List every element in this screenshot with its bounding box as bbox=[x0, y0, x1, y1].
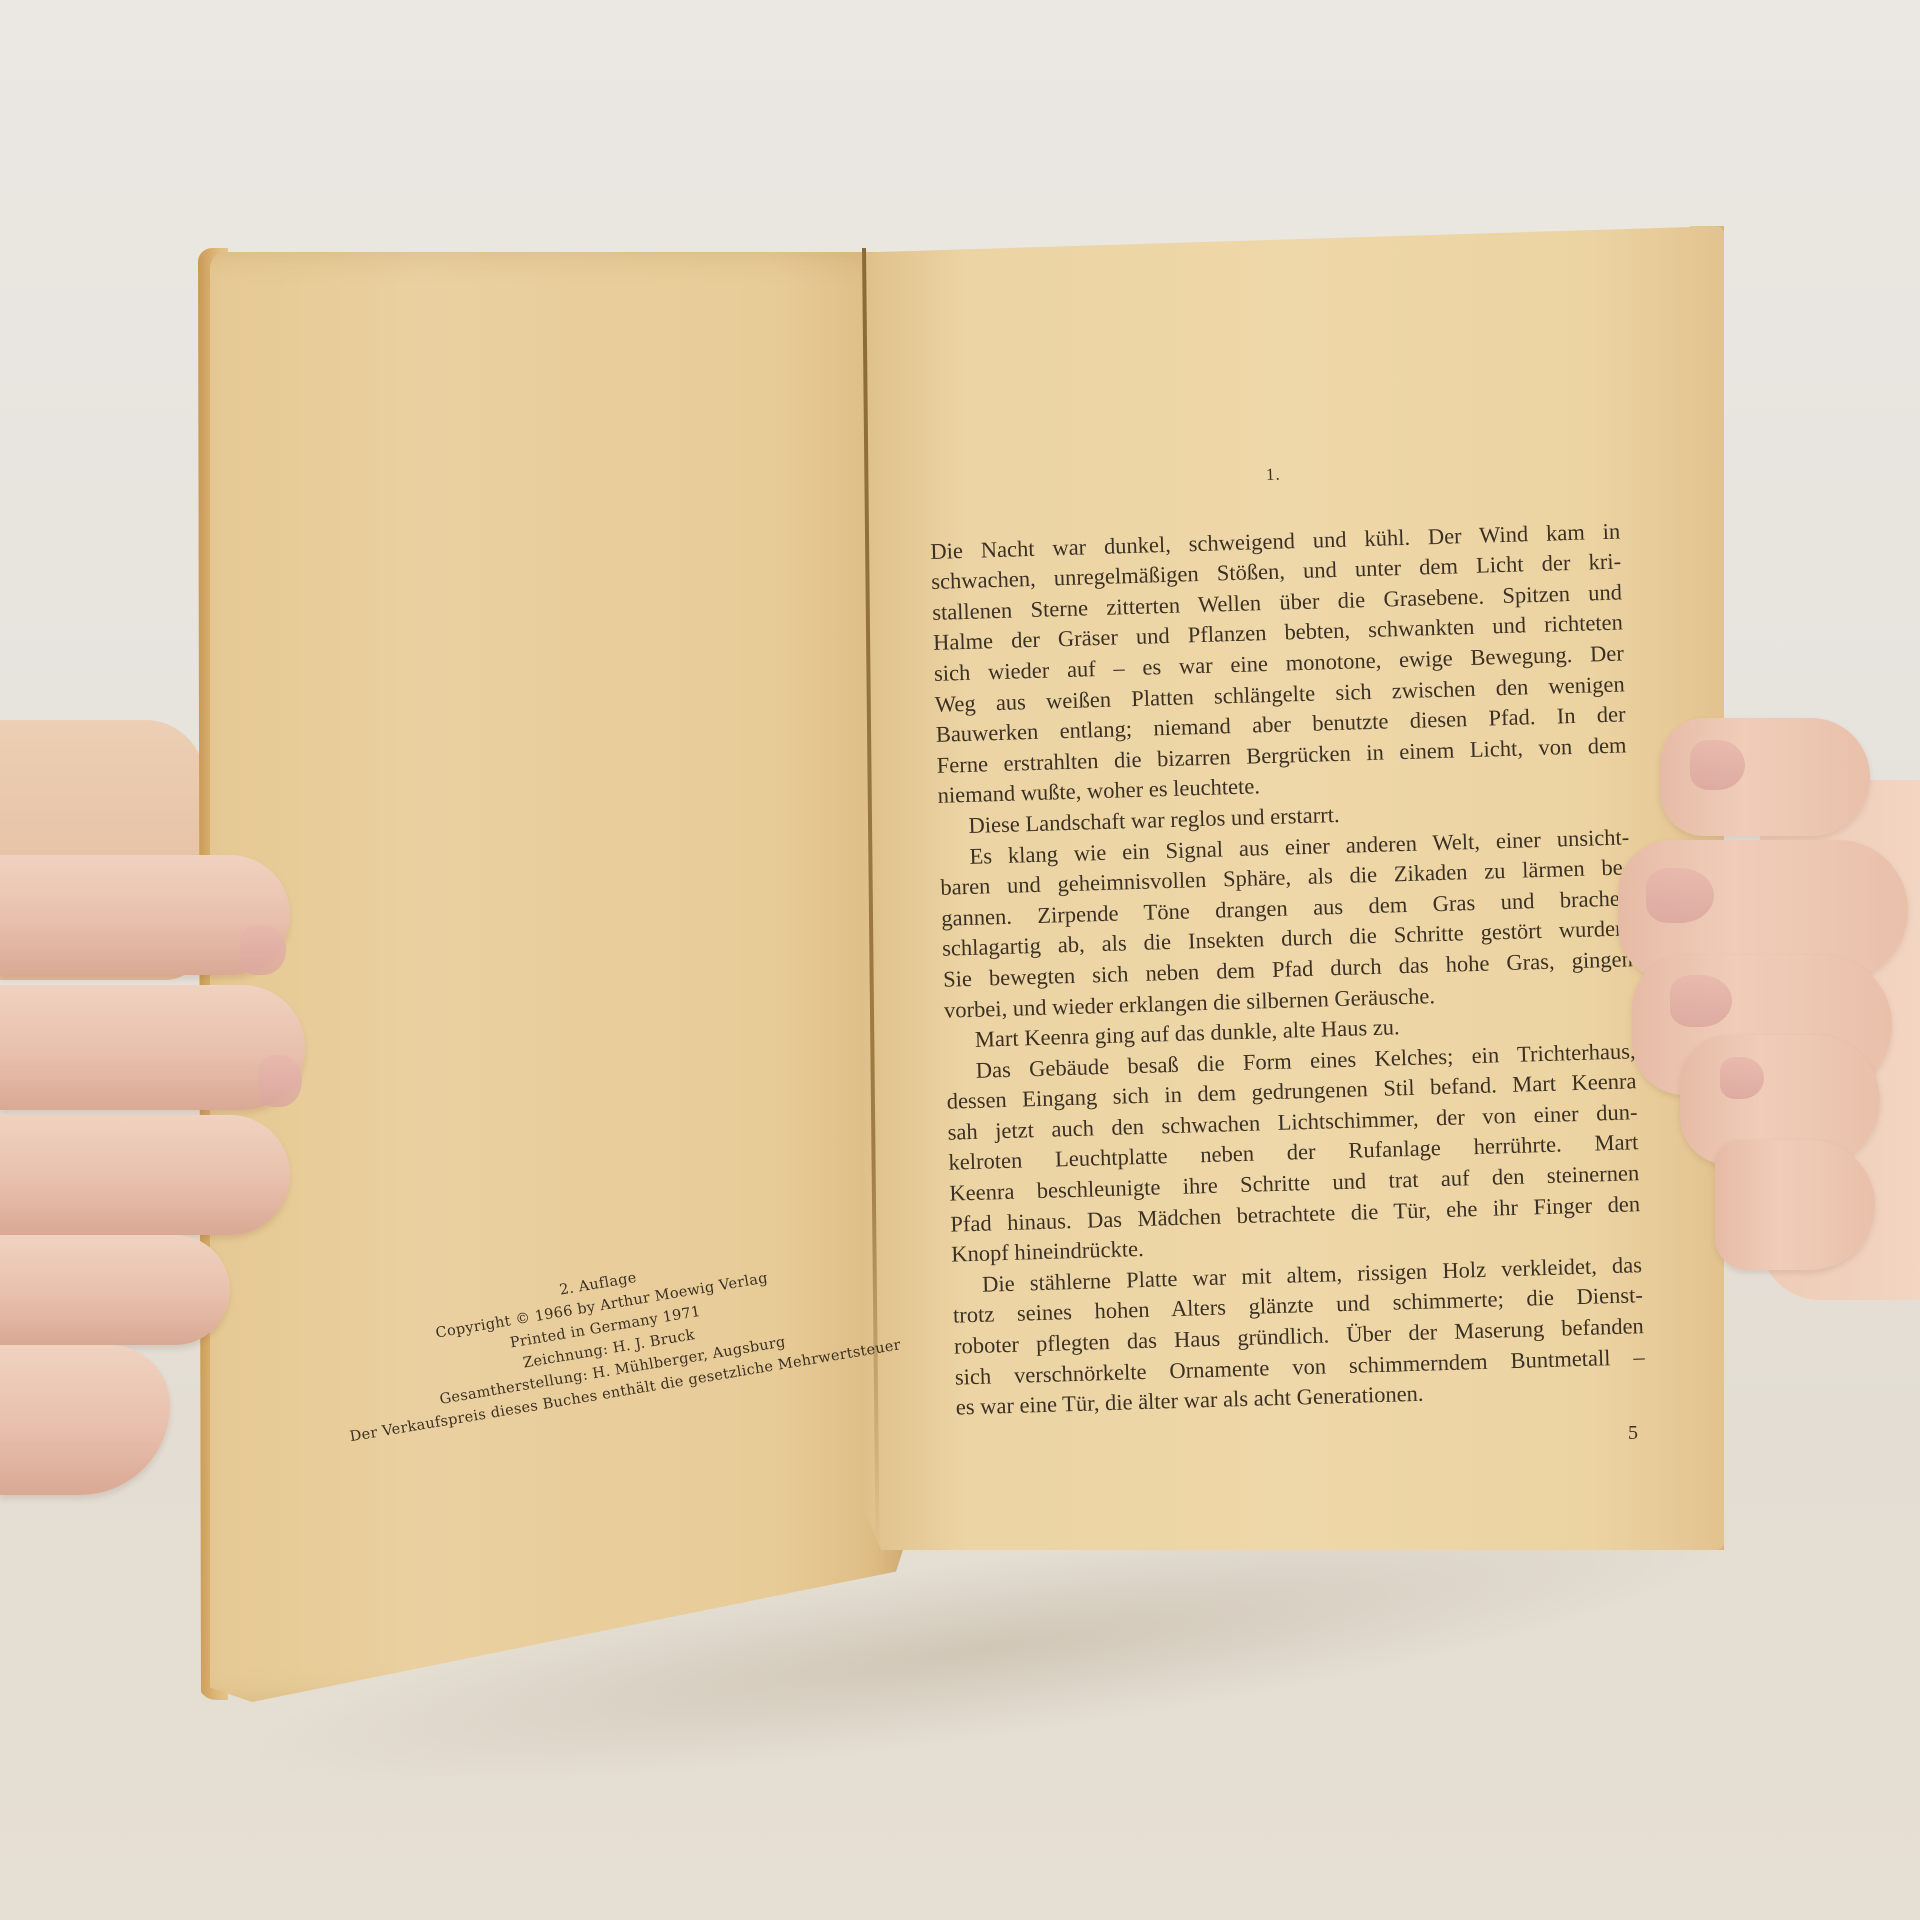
chapter-text: 1. Die Nacht war dunkel, schweigend und … bbox=[928, 450, 1646, 1424]
paragraph: Die Nacht war dunkel, schweigend und küh… bbox=[930, 516, 1628, 812]
right-hand-finger bbox=[1715, 1140, 1875, 1270]
fingernail bbox=[1720, 1057, 1764, 1099]
paragraph: Es klang wie ein Signal aus einer andere… bbox=[939, 822, 1634, 1026]
left-page bbox=[210, 252, 910, 1702]
left-hand-finger bbox=[0, 1115, 290, 1235]
page-number: 5 bbox=[1628, 1422, 1638, 1445]
photo-scene: 2. Auflage Copyright © 1966 by Arthur Mo… bbox=[0, 0, 1920, 1920]
paragraph: Das Gebäude besaß die Form eines Kelches… bbox=[945, 1036, 1641, 1271]
left-hand-finger bbox=[0, 985, 305, 1110]
left-hand-finger bbox=[0, 1235, 230, 1345]
fingernail bbox=[1646, 868, 1714, 923]
right-hand-finger bbox=[1660, 718, 1870, 836]
paragraph: Die stählerne Platte war mit altem, riss… bbox=[952, 1250, 1646, 1423]
fingernail bbox=[240, 925, 286, 975]
fingernail bbox=[1670, 975, 1732, 1027]
left-hand-finger bbox=[0, 855, 290, 975]
fingernail bbox=[258, 1055, 302, 1107]
left-hand-finger bbox=[0, 1345, 170, 1495]
fingernail bbox=[1690, 740, 1745, 790]
